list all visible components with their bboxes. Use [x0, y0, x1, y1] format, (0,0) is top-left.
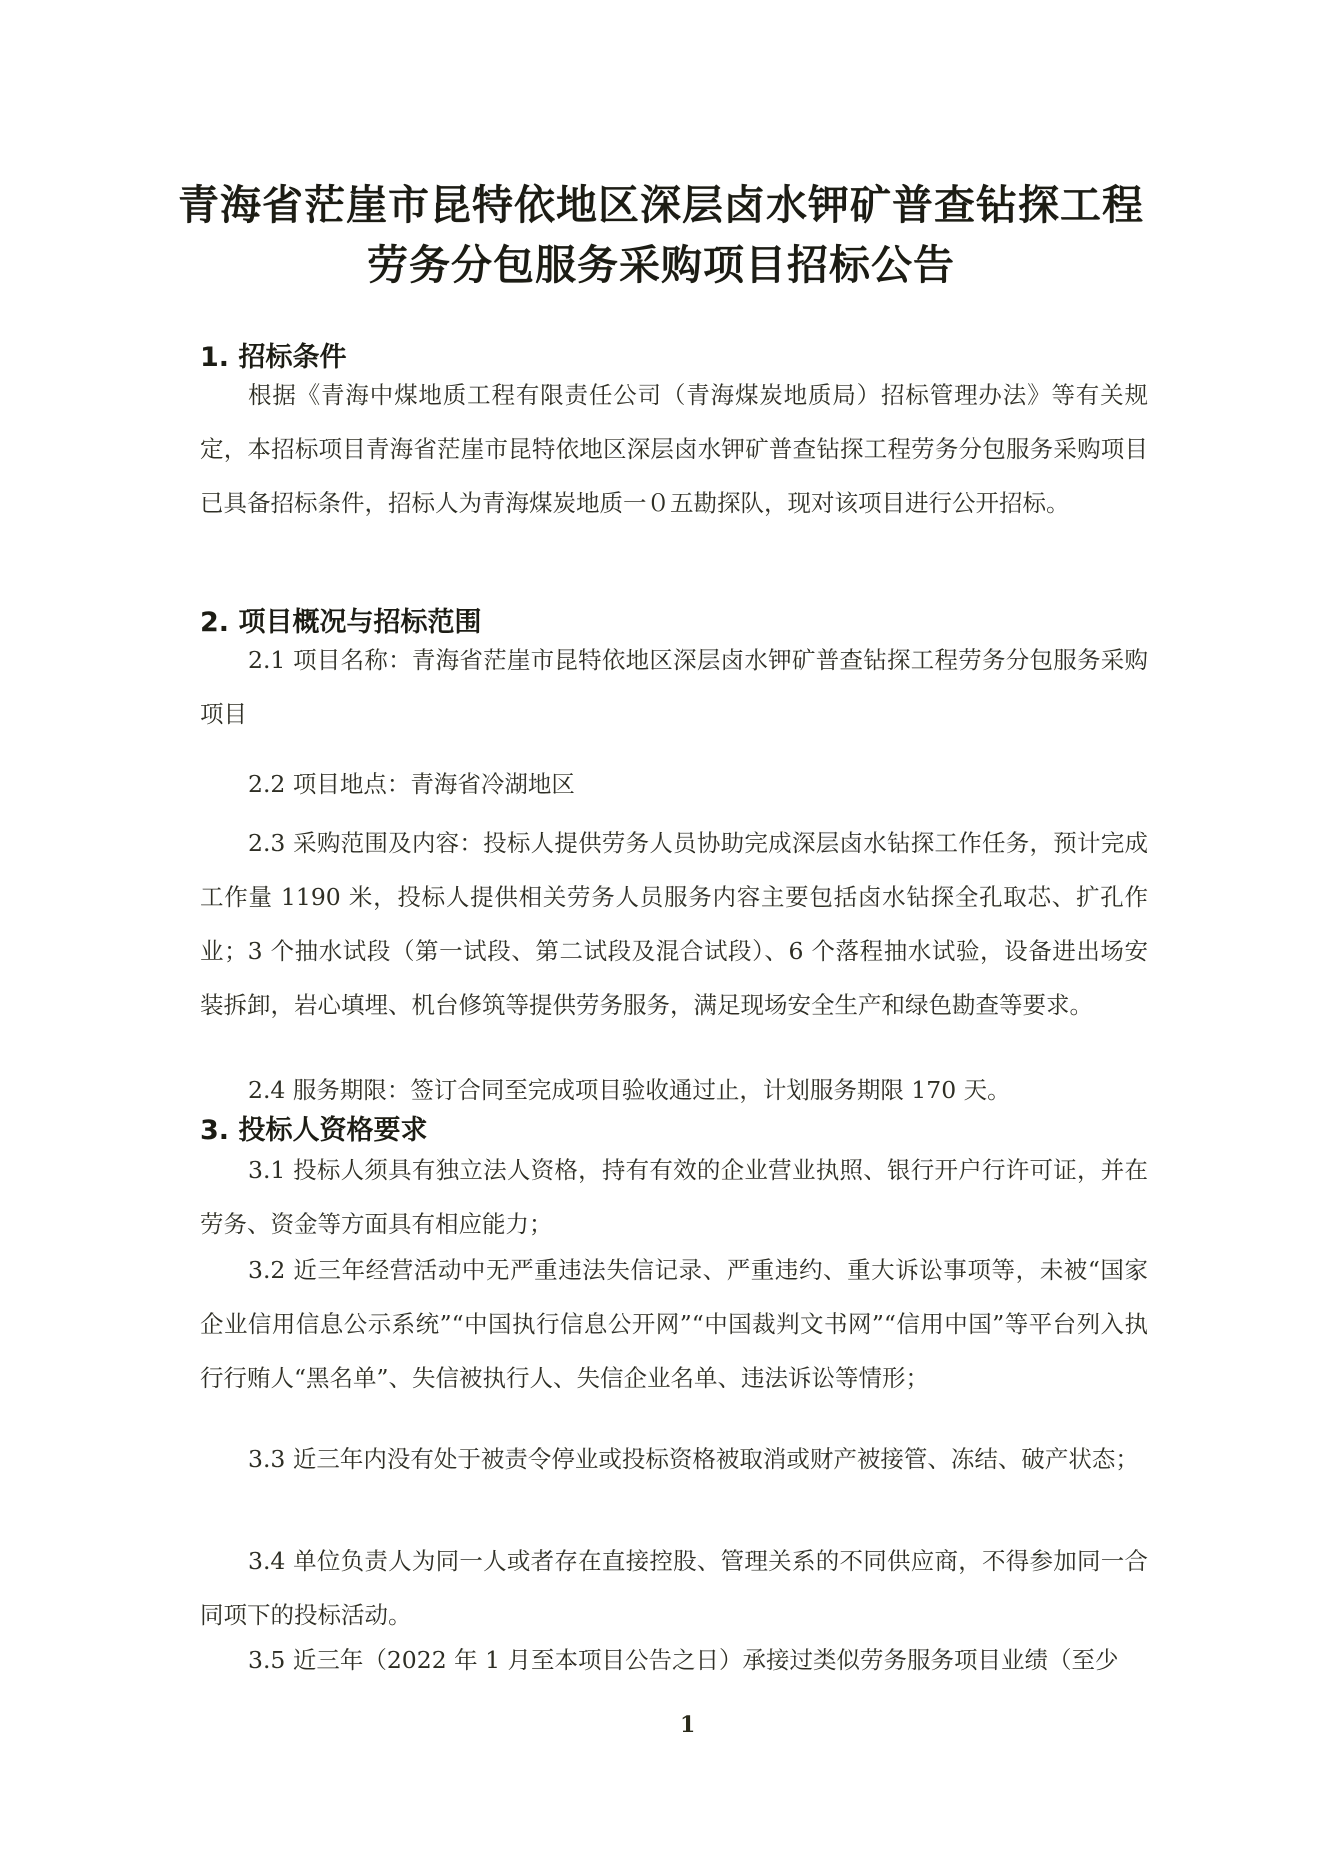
section-2-item-2-3: 2.3 采购范围及内容：投标人提供劳务人员协助完成深层卤水钻探工作任务，预计完成…	[200, 816, 1148, 1032]
section-3-item-3-5: 3.5 近三年（2022 年 1 月至本项目公告之日）承接过类似劳务服务项目业绩…	[200, 1633, 1148, 1687]
section-2-item-2-1: 2.1 项目名称：青海省茫崖市昆特依地区深层卤水钾矿普查钻探工程劳务分包服务采购…	[200, 633, 1148, 741]
section-3-item-3-3: 3.3 近三年内没有处于被责令停业或投标资格被取消或财产被接管、冻结、破产状态；	[200, 1432, 1148, 1486]
document-page: 青海省茫崖市昆特依地区深层卤水钾矿普查钻探工程 劳务分包服务采购项目招标公告 1…	[0, 0, 1322, 1871]
section-3-item-3-4: 3.4 单位负责人为同一人或者存在直接控股、管理关系的不同供应商，不得参加同一合…	[200, 1534, 1148, 1642]
document-title-line-2: 劳务分包服务采购项目招标公告	[0, 232, 1322, 291]
section-3-item-3-2: 3.2 近三年经营活动中无严重违法失信记录、严重违约、重大诉讼事项等，未被“国家…	[200, 1243, 1148, 1405]
document-title-line-1: 青海省茫崖市昆特依地区深层卤水钾矿普查钻探工程	[0, 172, 1322, 231]
section-3-heading: 3. 投标人资格要求	[200, 1108, 427, 1147]
section-2-item-2-2: 2.2 项目地点：青海省冷湖地区	[200, 757, 1148, 811]
section-1-paragraph-1: 根据《青海中煤地质工程有限责任公司（青海煤炭地质局）招标管理办法》等有关规定，本…	[200, 368, 1148, 530]
page-number: 1	[680, 1712, 695, 1738]
section-3-item-3-1: 3.1 投标人须具有独立法人资格，持有有效的企业营业执照、银行开户行许可证，并在…	[200, 1143, 1148, 1251]
